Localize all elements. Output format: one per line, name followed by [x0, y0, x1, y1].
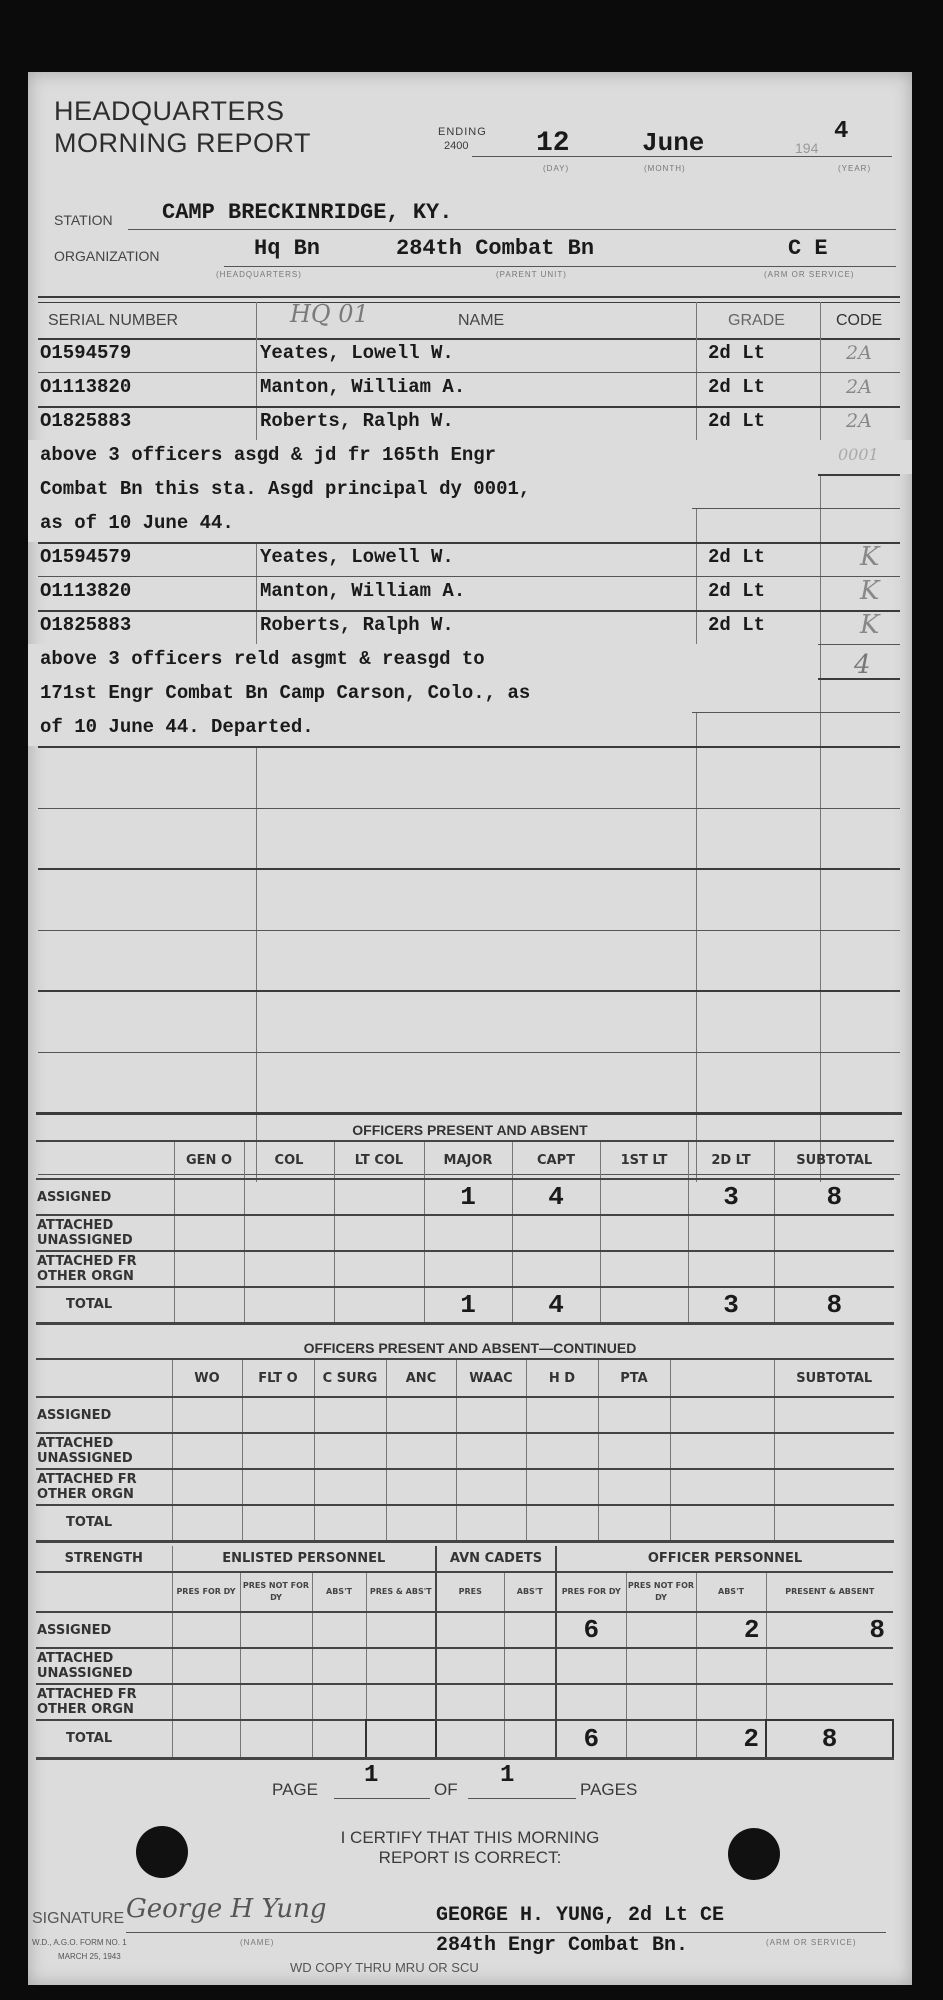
organization-label: ORGANIZATION — [54, 248, 160, 264]
blank-row-line — [38, 930, 900, 931]
cell-value — [244, 1287, 334, 1323]
cell-value: 2 — [696, 1720, 766, 1758]
cell-value: 3 — [688, 1287, 774, 1323]
row-line — [38, 746, 900, 748]
col-header: PTA — [598, 1359, 670, 1397]
entry-row: O1594579 Yeates, Lowell W. 2d Lt K — [28, 542, 912, 576]
enlisted-col: PRES & ABS'T — [366, 1572, 436, 1612]
entry-code: 0001 — [838, 440, 879, 470]
report-year: 4 — [834, 118, 848, 145]
cell-value — [334, 1287, 424, 1323]
enlisted-personnel-header: ENLISTED PERSONNEL — [172, 1546, 436, 1572]
arm-service-label: (ARM OR SERVICE) — [764, 270, 855, 279]
strength-row-attached-other: ATTACHED FR OTHER ORGN — [36, 1684, 893, 1720]
cell-value — [626, 1720, 696, 1758]
cell-value — [600, 1179, 688, 1215]
entry-row: O1825883 Roberts, Ralph W. 2d Lt 2A — [28, 406, 912, 440]
cell-value: 1 — [424, 1179, 512, 1215]
entry-row: O1113820 Manton, William A. 2d Lt 2A — [28, 372, 912, 406]
entry-remark: above 3 officers reld asgmt & reasgd to — [40, 644, 485, 674]
enlisted-col: PRES FOR DY — [172, 1572, 240, 1612]
officer-personnel-header: OFFICER PERSONNEL — [556, 1546, 893, 1572]
parent-unit-label: (PARENT UNIT) — [496, 270, 567, 279]
continued-row-total: TOTAL — [36, 1505, 894, 1541]
enlisted-col: ABS'T — [312, 1572, 366, 1612]
strength-table: STRENGTH ENLISTED PERSONNEL AVN CADETS O… — [36, 1546, 894, 1760]
cell-value — [244, 1215, 334, 1251]
blank-row-line — [38, 868, 900, 870]
of-label: OF — [434, 1780, 458, 1800]
enlisted-col: PRES NOT FOR DY — [240, 1572, 312, 1612]
handwritten-signature: George H Yung — [126, 1894, 327, 1924]
entry-grade: 2d Lt — [708, 338, 765, 368]
entry-row: O1594579 Yeates, Lowell W. 2d Lt 2A — [28, 338, 912, 372]
entry-remark-row: above 3 officers asgd & jd fr 165th Engr… — [28, 440, 912, 474]
entries-top-border — [38, 296, 900, 298]
entry-remark: 171st Engr Combat Bn Camp Carson, Colo.,… — [40, 678, 530, 708]
entry-code: K — [860, 542, 879, 572]
col-header: COL — [244, 1141, 334, 1179]
col-header: GEN O — [174, 1141, 244, 1179]
org-arm-or-service: C E — [788, 236, 828, 261]
report-month: June — [642, 128, 704, 158]
cell-value — [424, 1215, 512, 1251]
page-underline — [334, 1798, 430, 1799]
entry-serial: O1113820 — [40, 576, 131, 606]
col-header: CAPT — [512, 1141, 600, 1179]
officers-present-absent-table: GEN O COL LT COL MAJOR CAPT 1ST LT 2D LT… — [36, 1140, 894, 1325]
cell-value — [174, 1215, 244, 1251]
entry-remark-row: 171st Engr Combat Bn Camp Carson, Colo.,… — [28, 678, 818, 712]
copy-note: WD COPY THRU MRU OR SCU — [290, 1960, 479, 1975]
continued-row-assigned: ASSIGNED — [36, 1397, 894, 1433]
col-header: WAAC — [456, 1359, 526, 1397]
cell-value — [174, 1251, 244, 1287]
pages-underline — [468, 1798, 576, 1799]
cell-value: 4 — [512, 1287, 600, 1323]
cell-value: 3 — [688, 1179, 774, 1215]
row-label: TOTAL — [36, 1505, 172, 1541]
name-header: NAME — [458, 312, 504, 330]
col-header: SUBTOTAL — [774, 1141, 894, 1179]
entry-remark: above 3 officers asgd & jd fr 165th Engr — [40, 440, 496, 470]
blank-row-line — [38, 990, 900, 992]
cell-value — [626, 1612, 696, 1648]
signer-unit: 284th Engr Combat Bn. — [436, 1934, 688, 1957]
entry-code: 2A — [846, 372, 872, 402]
form-title-morning-report: MORNING REPORT — [54, 128, 311, 159]
form-number: W.D., A.G.O. FORM NO. 1 — [32, 1938, 127, 1947]
entry-remark: of 10 June 44. Departed. — [40, 712, 314, 742]
entry-remark: as of 10 June 44. — [40, 508, 234, 538]
signer-name-grade: GEORGE H. YUNG, 2d Lt CE — [436, 1904, 724, 1927]
cell-value — [600, 1287, 688, 1323]
row-label: ATTACHED FR OTHER ORGN — [36, 1684, 172, 1720]
cell-value — [244, 1179, 334, 1215]
officer-col: ABS'T — [696, 1572, 766, 1612]
pages-label: PAGES — [580, 1780, 637, 1800]
form-date: MARCH 25, 1943 — [58, 1952, 121, 1961]
col-header: ANC — [386, 1359, 456, 1397]
enlisted-total-box — [366, 1720, 436, 1758]
cell-value — [512, 1215, 600, 1251]
cell-value — [774, 1251, 894, 1287]
code-header: CODE — [836, 312, 882, 330]
entry-grade: 2d Lt — [708, 372, 765, 402]
ending-2400-label: 2400 — [444, 140, 468, 152]
org-headquarters: Hq Bn — [254, 236, 320, 261]
entry-serial: O1825883 — [40, 406, 131, 436]
year-prefix: 194 — [795, 140, 818, 156]
officers-row-attached-other: ATTACHED FR OTHER ORGN — [36, 1251, 894, 1287]
entry-row: O1113820 Manton, William A. 2d Lt K — [28, 576, 912, 610]
entry-code: 2A — [846, 406, 872, 436]
headquarters-label: (HEADQUARTERS) — [216, 270, 302, 279]
entry-name: Yeates, Lowell W. — [260, 542, 454, 572]
ending-label: ENDING — [438, 126, 487, 138]
entry-remark-row: of 10 June 44. Departed. — [28, 712, 692, 746]
officer-col: PRESENT & ABSENT — [766, 1572, 893, 1612]
continued-row-attached-unassigned: ATTACHED UNASSIGNED — [36, 1433, 894, 1469]
entry-name: Yeates, Lowell W. — [260, 338, 454, 368]
station-label: STATION — [54, 212, 113, 228]
handwritten-hq-01: HQ 01 — [290, 300, 369, 328]
officers-continued-table: WO FLT O C SURG ANC WAAC H D PTA SUBTOTA… — [36, 1358, 894, 1543]
col-header: WO — [172, 1359, 242, 1397]
entry-serial: O1113820 — [40, 372, 131, 402]
entry-serial: O1594579 — [40, 542, 131, 572]
cell-value — [774, 1215, 894, 1251]
entry-remark-row: Combat Bn this sta. Asgd principal dy 00… — [28, 474, 818, 508]
blank-row-line — [38, 808, 900, 809]
corner-cell — [36, 1359, 172, 1397]
col-header: LT COL — [334, 1141, 424, 1179]
col-header: FLT O — [242, 1359, 314, 1397]
cell-value — [512, 1251, 600, 1287]
entry-name: Roberts, Ralph W. — [260, 610, 454, 640]
col-header: 2D LT — [688, 1141, 774, 1179]
entry-code: 2A — [846, 338, 872, 368]
avn-cadets-header: AVN CADETS — [436, 1546, 556, 1572]
name-label: (NAME) — [240, 1938, 274, 1947]
col-header: 1ST LT — [600, 1141, 688, 1179]
entry-serial: O1825883 — [40, 610, 131, 640]
section-divider — [36, 1112, 902, 1115]
entry-row: O1825883 Roberts, Ralph W. 2d Lt K — [28, 610, 912, 644]
page-label: PAGE — [272, 1780, 318, 1800]
entry-name: Roberts, Ralph W. — [260, 406, 454, 436]
officers-row-total: TOTAL 1 4 3 8 — [36, 1287, 894, 1323]
row-label: ATTACHED UNASSIGNED — [36, 1433, 172, 1469]
col-header: C SURG — [314, 1359, 386, 1397]
serial-number-header: SERIAL NUMBER — [48, 312, 178, 330]
entry-code: K — [860, 576, 879, 606]
cell-value — [424, 1251, 512, 1287]
station-underline — [128, 229, 896, 230]
organization-underline — [224, 266, 896, 267]
cell-value — [334, 1251, 424, 1287]
entry-grade: 2d Lt — [708, 542, 765, 572]
officer-col: PRES FOR DY — [556, 1572, 626, 1612]
certify-line-1: I CERTIFY THAT THIS MORNING — [28, 1828, 912, 1848]
cell-value — [334, 1179, 424, 1215]
cell-value: 8 — [774, 1287, 894, 1323]
entry-code: K — [860, 610, 879, 640]
strength-row-assigned: ASSIGNED 6 2 8 — [36, 1612, 893, 1648]
cell-value — [688, 1215, 774, 1251]
strength-row-total: TOTAL 6 2 8 — [36, 1720, 893, 1758]
cell-value: 6 — [556, 1720, 626, 1758]
cell-value: 8 — [774, 1179, 894, 1215]
cadet-col: ABS'T — [504, 1572, 556, 1612]
cell-value — [334, 1215, 424, 1251]
cell-value — [244, 1251, 334, 1287]
strength-label: STRENGTH — [36, 1546, 172, 1572]
continued-row-attached-other: ATTACHED FR OTHER ORGN — [36, 1469, 894, 1505]
corner-cell — [36, 1141, 174, 1179]
month-label: (MONTH) — [644, 164, 686, 173]
entry-grade: 2d Lt — [708, 610, 765, 640]
form-title-headquarters: HEADQUARTERS — [54, 96, 285, 127]
entry-name: Manton, William A. — [260, 576, 465, 606]
station-value: CAMP BRECKINRIDGE, KY. — [162, 200, 452, 225]
cell-value: 4 — [512, 1179, 600, 1215]
year-label: (YEAR) — [838, 164, 871, 173]
grade-header: GRADE — [728, 312, 785, 330]
cell-value: 6 — [556, 1612, 626, 1648]
row-label: ATTACHED UNASSIGNED — [36, 1215, 174, 1251]
col-header — [670, 1359, 774, 1397]
cell-value — [174, 1287, 244, 1323]
officers-table-title: OFFICERS PRESENT AND ABSENT — [28, 1122, 912, 1138]
row-label: ASSIGNED — [36, 1397, 172, 1433]
col-header: SUBTOTAL — [774, 1359, 894, 1397]
entry-remark-row: as of 10 June 44. — [28, 508, 692, 542]
cell-value — [600, 1215, 688, 1251]
col-header: H D — [526, 1359, 598, 1397]
org-parent-unit: 284th Combat Bn — [396, 236, 594, 261]
report-day: 12 — [536, 128, 570, 159]
row-label: ASSIGNED — [36, 1612, 172, 1648]
row-label: TOTAL — [36, 1287, 174, 1323]
row-label: ASSIGNED — [36, 1179, 174, 1215]
day-label: (DAY) — [543, 164, 569, 173]
entry-name: Manton, William A. — [260, 372, 465, 402]
entry-serial: O1594579 — [40, 338, 131, 368]
morning-report-form: HEADQUARTERS MORNING REPORT ENDING 2400 … — [28, 72, 912, 1985]
officers-row-attached-unassigned: ATTACHED UNASSIGNED — [36, 1215, 894, 1251]
cell-value — [174, 1179, 244, 1215]
officer-total-box: 8 — [766, 1720, 893, 1758]
officers-row-assigned: ASSIGNED 1 4 3 8 — [36, 1179, 894, 1215]
row-label: ATTACHED UNASSIGNED — [36, 1648, 172, 1684]
row-label: ATTACHED FR OTHER ORGN — [36, 1251, 174, 1287]
entry-grade: 2d Lt — [708, 576, 765, 606]
col-header: MAJOR — [424, 1141, 512, 1179]
cell-value: 2 — [696, 1612, 766, 1648]
strength-row-attached-unassigned: ATTACHED UNASSIGNED — [36, 1648, 893, 1684]
cell-value — [688, 1251, 774, 1287]
entry-remark-row: above 3 officers reld asgmt & reasgd to — [28, 644, 818, 678]
signature-label: SIGNATURE — [32, 1910, 124, 1928]
cell-value: 1 — [424, 1287, 512, 1323]
signature-underline — [126, 1932, 886, 1933]
cadet-col: PRES — [436, 1572, 504, 1612]
entry-grade: 2d Lt — [708, 406, 765, 436]
cell-value — [600, 1251, 688, 1287]
blank-row-line — [38, 1052, 900, 1053]
entries-top-border-2 — [38, 302, 900, 303]
page-number: 1 — [364, 1762, 378, 1789]
row-label: ATTACHED FR OTHER ORGN — [36, 1469, 172, 1505]
officer-col: PRES NOT FOR DY — [626, 1572, 696, 1612]
entry-code: 4 — [854, 650, 871, 680]
entry-remark: Combat Bn this sta. Asgd principal dy 00… — [40, 474, 530, 504]
total-pages: 1 — [500, 1762, 514, 1789]
officers-continued-title: OFFICERS PRESENT AND ABSENT—CONTINUED — [28, 1340, 912, 1356]
cell-value: 8 — [766, 1612, 893, 1648]
arm-service-sig-label: (ARM OR SERVICE) — [766, 1938, 857, 1947]
certify-line-2: REPORT IS CORRECT: — [28, 1848, 912, 1868]
row-label: TOTAL — [36, 1720, 172, 1758]
